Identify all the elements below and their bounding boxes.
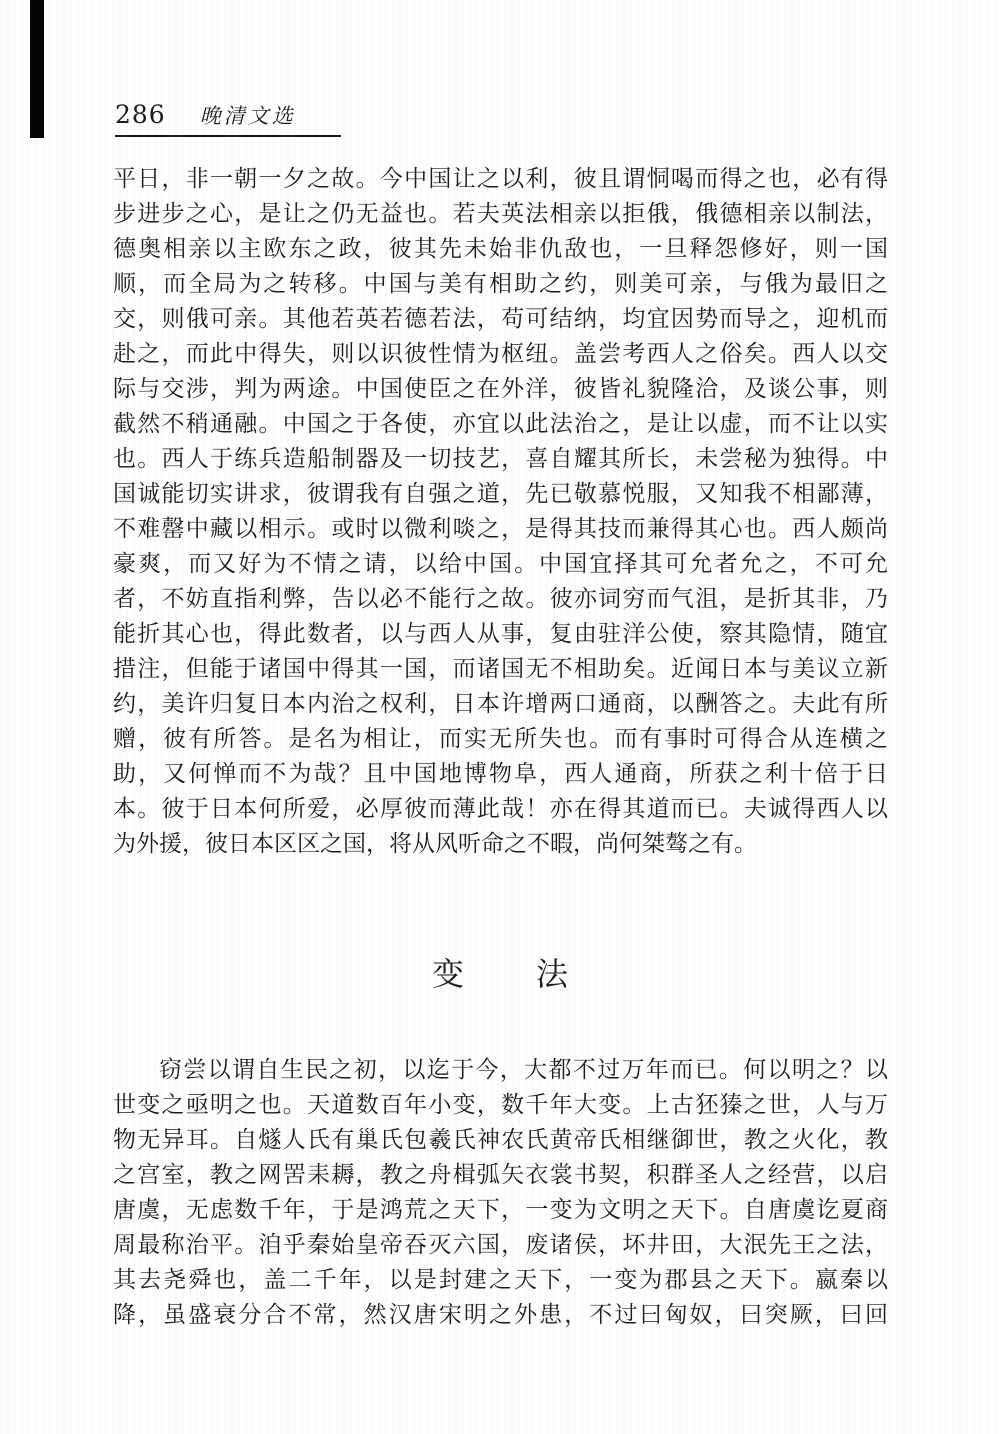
text-line: 赴之，而此中得失，则以识彼性情为枢纽。盖尝考西人之俗矣。西人以交 (113, 337, 888, 372)
text-line: 降，虽盛衰分合不常，然汉唐宋明之外患，不过曰匈奴，曰突厥，曰回 (113, 1298, 888, 1333)
text-line: 德奥相亲以主欧东之政，彼其先未始非仇敌也，一旦释怨修好，则一国 (113, 232, 888, 267)
body-paragraph-bianfa: 窃尝以谓自生民之初，以迄于今，大都不过万年而已。何以明之？以世变之亟明之也。天道… (113, 1053, 888, 1333)
text-line: 世变之亟明之也。天道数百年小变，数千年大变。上古狉獉之世，人与万 (113, 1088, 888, 1123)
text-line: 助，又何惮而不为哉？且中国地博物阜，西人通商，所获之利十倍于日 (113, 757, 888, 792)
text-line: 豪爽，而又好为不情之请，以给中国。中国宜择其可允者允之，不可允 (113, 547, 888, 582)
text-line: 之宫室，教之网罟耒耨，教之舟楫弧矢衣裳书契，积群圣人之经营，以启 (113, 1158, 888, 1193)
book-title: 晚清文选 (200, 100, 296, 130)
page-number: 286 (115, 100, 166, 129)
text-line: 唐虞，无虑数千年，于是鸿荒之天下，一变为文明之天下。自唐虞讫夏商 (113, 1193, 888, 1228)
text-line: 者，不妨直指利弊，告以必不能行之故。彼亦词穷而气沮，是折其非，乃 (113, 582, 888, 617)
text-line: 也。西人于练兵造船制器及一切技艺，喜自耀其所长，未尝秘为独得。中 (113, 442, 888, 477)
text-line: 赠，彼有所答。是名为相让，而实无所失也。而有事时可得合从连横之 (113, 722, 888, 757)
text-line: 步进步之心，是让之仍无益也。若夫英法相亲以拒俄，俄德相亲以制法， (113, 197, 888, 232)
text-line: 约，美许归复日本内治之权利，日本许增两口通商，以酬答之。夫此有所 (113, 687, 888, 722)
text-line: 平日，非一朝一夕之故。今中国让之以利，彼且谓恫喝而得之也，必有得 (113, 162, 888, 197)
text-line: 际与交涉，判为两途。中国使臣之在外洋，彼皆礼貌隆洽，及谈公事，则 (113, 372, 888, 407)
text-line: 国诚能切实讲求，彼谓我有自强之道，先已敬慕悦服，又知我不相鄙薄， (113, 477, 888, 512)
text-line: 措注，但能于诸国中得其一国，而诸国无不相助矣。近闻日本与美议立新 (113, 652, 888, 687)
section-title-text: 变法 (432, 952, 640, 996)
text-line: 其去尧舜也，盖二千年，以是封建之天下，一变为郡县之天下。嬴秦以 (113, 1263, 888, 1298)
body-paragraph-continuation: 平日，非一朝一夕之故。今中国让之以利，彼且谓恫喝而得之也，必有得步进步之心，是让… (113, 162, 888, 862)
text-line: 为外援，彼日本区区之国，将从风听命之不暇，尚何桀骜之有。 (113, 827, 888, 862)
scan-edge-artifact (30, 0, 44, 138)
text-line: 本。彼于日本何所爱，必厚彼而薄此哉！亦在得其道而已。夫诚得西人以 (113, 792, 888, 827)
text-line: 周最称治平。洎乎秦始皇帝吞灭六国，废诸侯，坏井田，大泯先王之法， (113, 1228, 888, 1263)
text-line: 交，则俄可亲。其他若英若德若法，苟可结纳，均宜因势而导之，迎机而 (113, 302, 888, 337)
page-header: 286 晚清文选 (115, 100, 341, 137)
text-line: 顺，而全局为之转移。中国与美有相助之约，则美可亲，与俄为最旧之 (113, 267, 888, 302)
section-title: 变法 (0, 952, 1000, 996)
text-line: 窃尝以谓自生民之初，以迄于今，大都不过万年而已。何以明之？以 (113, 1053, 888, 1088)
text-line: 截然不稍通融。中国之于各使，亦宜以此法治之，是让以虚，而不让以实 (113, 407, 888, 442)
text-line: 能折其心也，得此数者，以与西人从事，复由驻洋公使，察其隐情，随宜 (113, 617, 888, 652)
text-line: 不难罄中藏以相示。或时以微利啖之，是得其技而兼得其心也。西人颇尚 (113, 512, 888, 547)
text-line: 物无异耳。自燧人氏有巢氏包羲氏神农氏黄帝氏相继御世，教之火化，教 (113, 1123, 888, 1158)
